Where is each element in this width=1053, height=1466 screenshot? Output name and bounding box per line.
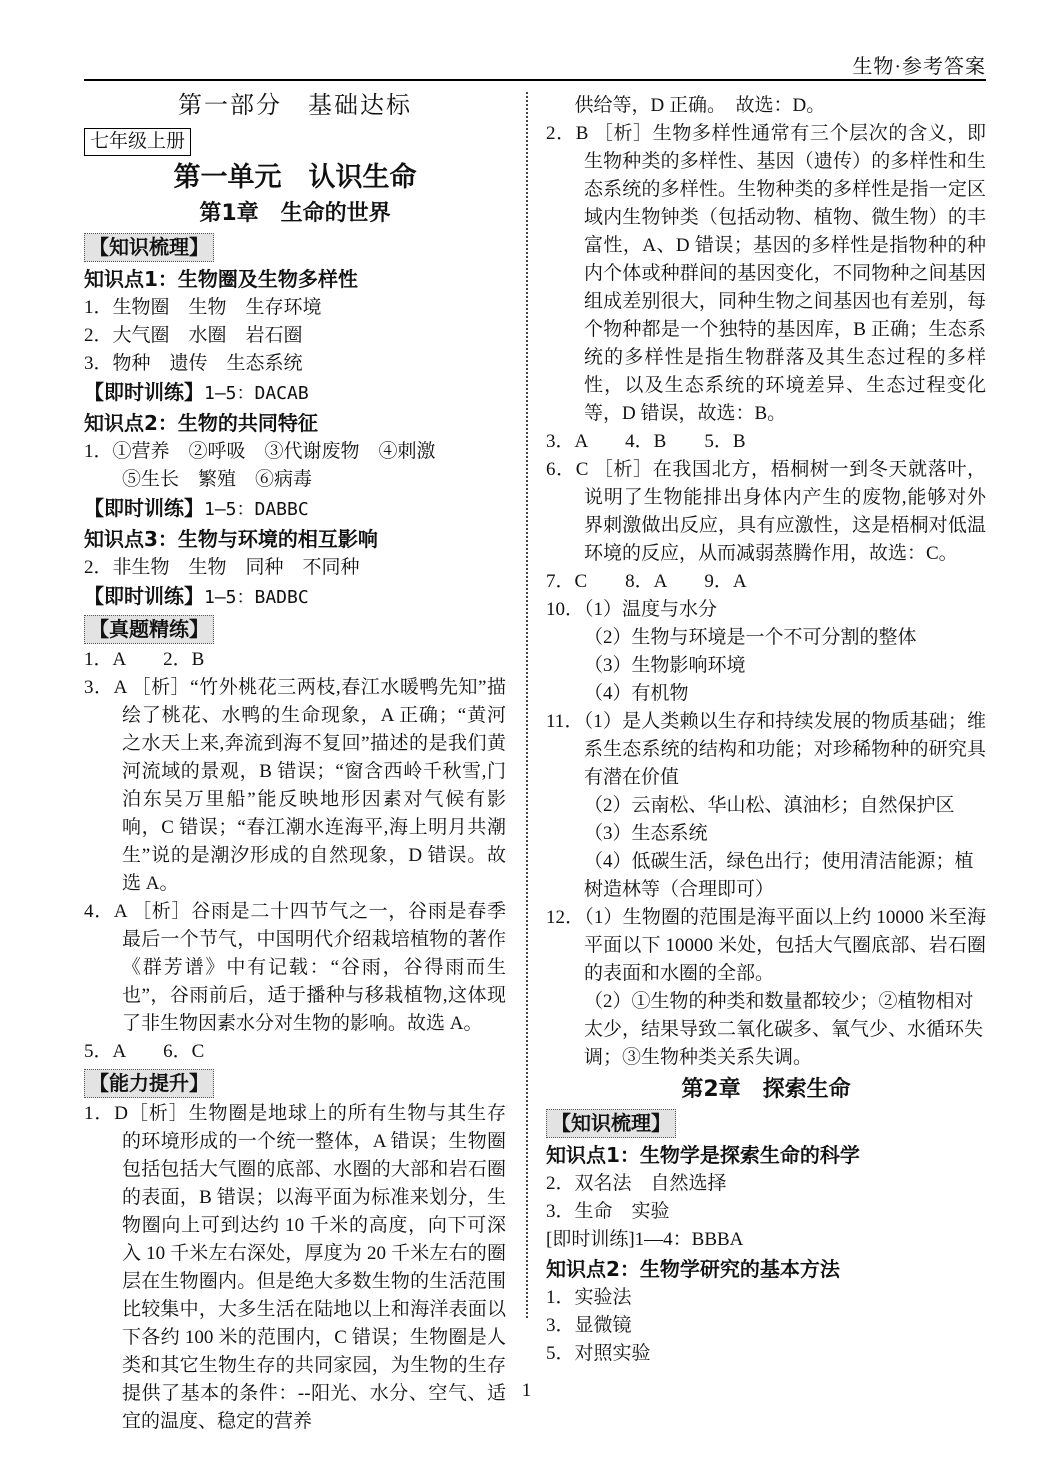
grade-badge-row: 七年级上册 [84, 128, 506, 156]
drill-line-1: 【即时训练】1—5：DACAB [84, 378, 506, 408]
answer-line: 3．生命 实验 [546, 1198, 986, 1226]
drill-answers: 1—5：DABBC [204, 499, 309, 520]
knowledge-point-1-title: 知识点1：生物圈及生物多样性 [84, 264, 506, 294]
answer-item-12: 12．（1）生物圈的范围是海平面以上约 10000 米至海平面以下 10000 … [546, 904, 986, 988]
knowledge-point-2-title: 知识点2：生物学研究的基本方法 [546, 1254, 986, 1284]
answer-line: 1．A 2．B [84, 646, 506, 674]
chapter1-title: 第1章 生命的世界 [84, 198, 506, 230]
drill-label: 【即时训练】 [84, 496, 204, 520]
grade-badge: 七年级上册 [84, 128, 191, 156]
section-zhenti-row: 【真题精练】 [84, 615, 506, 646]
header-rule [84, 79, 986, 81]
part-title: 第一部分 基础达标 [84, 90, 506, 122]
drill-label: 【即时训练】 [84, 380, 204, 404]
left-column: 第一部分 基础达标 七年级上册 第一单元 认识生命 第1章 生命的世界 【知识梳… [84, 90, 506, 1436]
answer-line: 1．实验法 [546, 1284, 986, 1312]
answer-line: 1．生物圈 生物 生存环境 [84, 294, 506, 322]
answer-line: 5．对照实验 [546, 1340, 986, 1368]
section-label-knowledge: 【知识梳理】 [546, 1109, 676, 1138]
analysis-paragraph-4: 4．A ［析］谷雨是二十四节气之一，谷雨是春季最后一个节气，中国明代介绍栽培植物… [84, 898, 506, 1038]
answer-line: 7．C 8．A 9．A [546, 568, 986, 596]
analysis-paragraph-2: 2．B ［析］生物多样性通常有三个层次的含义，即生物种类的多样性、基因（遗传）的… [546, 120, 986, 428]
sub-answer-line: （4）低碳生活，绿色出行；使用清洁能源；植树造林等（合理即可） [546, 848, 986, 904]
analysis-paragraph-3: 3．A ［析］“竹外桃花三两枝,春江水暖鸭先知”描绘了桃花、水鸭的生命现象，A … [84, 674, 506, 898]
sub-answer-line: （2）生物与环境是一个不可分割的整体 [546, 624, 986, 652]
section-label-nengli: 【能力提升】 [84, 1069, 214, 1098]
section-label-zhenti: 【真题精练】 [84, 615, 214, 644]
answer-line: 2．大气圈 水圈 岩石圈 [84, 322, 506, 350]
sub-answer-line: （3）生物影响环境 [546, 652, 986, 680]
answer-line: ⑤生长 繁殖 ⑥病毒 [84, 466, 506, 494]
column-divider [526, 92, 528, 1318]
continuation-line: 供给等，D 正确。 故选：D。 [546, 92, 986, 120]
drill-line-3: 【即时训练】1—5：BADBC [84, 582, 506, 612]
page-number: 1 [0, 1380, 1053, 1402]
drill-line: [即时训练]1—4：BBBA [546, 1226, 986, 1254]
sub-answer-line: （2）云南松、华山松、滇油杉；自然保护区 [546, 792, 986, 820]
answer-line: 3．A 4．B 5．B [546, 428, 986, 456]
drill-line-2: 【即时训练】1—5：DABBC [84, 494, 506, 524]
answer-line: 5．A 6．C [84, 1038, 506, 1066]
drill-answers: 1—5：DACAB [204, 383, 309, 404]
knowledge-point-1-title: 知识点1：生物学是探索生命的科学 [546, 1140, 986, 1170]
answer-line: 3．显微镜 [546, 1312, 986, 1340]
right-column: 供给等，D 正确。 故选：D。 2．B ［析］生物多样性通常有三个层次的含义，即… [546, 92, 986, 1368]
chapter2-title: 第2章 探索生命 [546, 1074, 986, 1106]
knowledge-point-3-title: 知识点3：生物与环境的相互影响 [84, 524, 506, 554]
analysis-paragraph-6: 6．C ［析］在我国北方，梧桐树一到冬天就落叶，说明了生物能排出身体内产生的废物… [546, 456, 986, 568]
drill-answers: 1—5：BADBC [204, 587, 309, 608]
answer-key-page: 生物·参考答案 第一部分 基础达标 七年级上册 第一单元 认识生命 第1章 生命… [0, 0, 1053, 1466]
answer-line: 2．非生物 生物 同种 不同种 [84, 554, 506, 582]
sub-answer-line: （4）有机物 [546, 680, 986, 708]
answer-line: 2．双名法 自然选择 [546, 1170, 986, 1198]
section-label-knowledge: 【知识梳理】 [84, 233, 214, 262]
answer-line: 1．①营养 ②呼吸 ③代谢废物 ④刺激 [84, 438, 506, 466]
knowledge-point-2-title: 知识点2：生物的共同特征 [84, 408, 506, 438]
sub-answer-line: （3）生态系统 [546, 820, 986, 848]
section-knowledge-row: 【知识梳理】 [546, 1109, 986, 1140]
page-header-title: 生物·参考答案 [852, 50, 986, 79]
section-nengli-row: 【能力提升】 [84, 1069, 506, 1100]
answer-item-10: 10．（1）温度与水分 [546, 596, 986, 624]
drill-label: 【即时训练】 [84, 584, 204, 608]
answer-line: 3．物种 遗传 生态系统 [84, 350, 506, 378]
section-knowledge-row: 【知识梳理】 [84, 233, 506, 264]
unit-title: 第一单元 认识生命 [84, 160, 506, 196]
sub-answer-line: （2）①生物的种类和数量都较少；②植物相对太少，结果导致二氧化碳多、氧气少、水循… [546, 988, 986, 1072]
answer-item-11: 11．（1）是人类赖以生存和持续发展的物质基础；维系生态系统的结构和功能；对珍稀… [546, 708, 986, 792]
